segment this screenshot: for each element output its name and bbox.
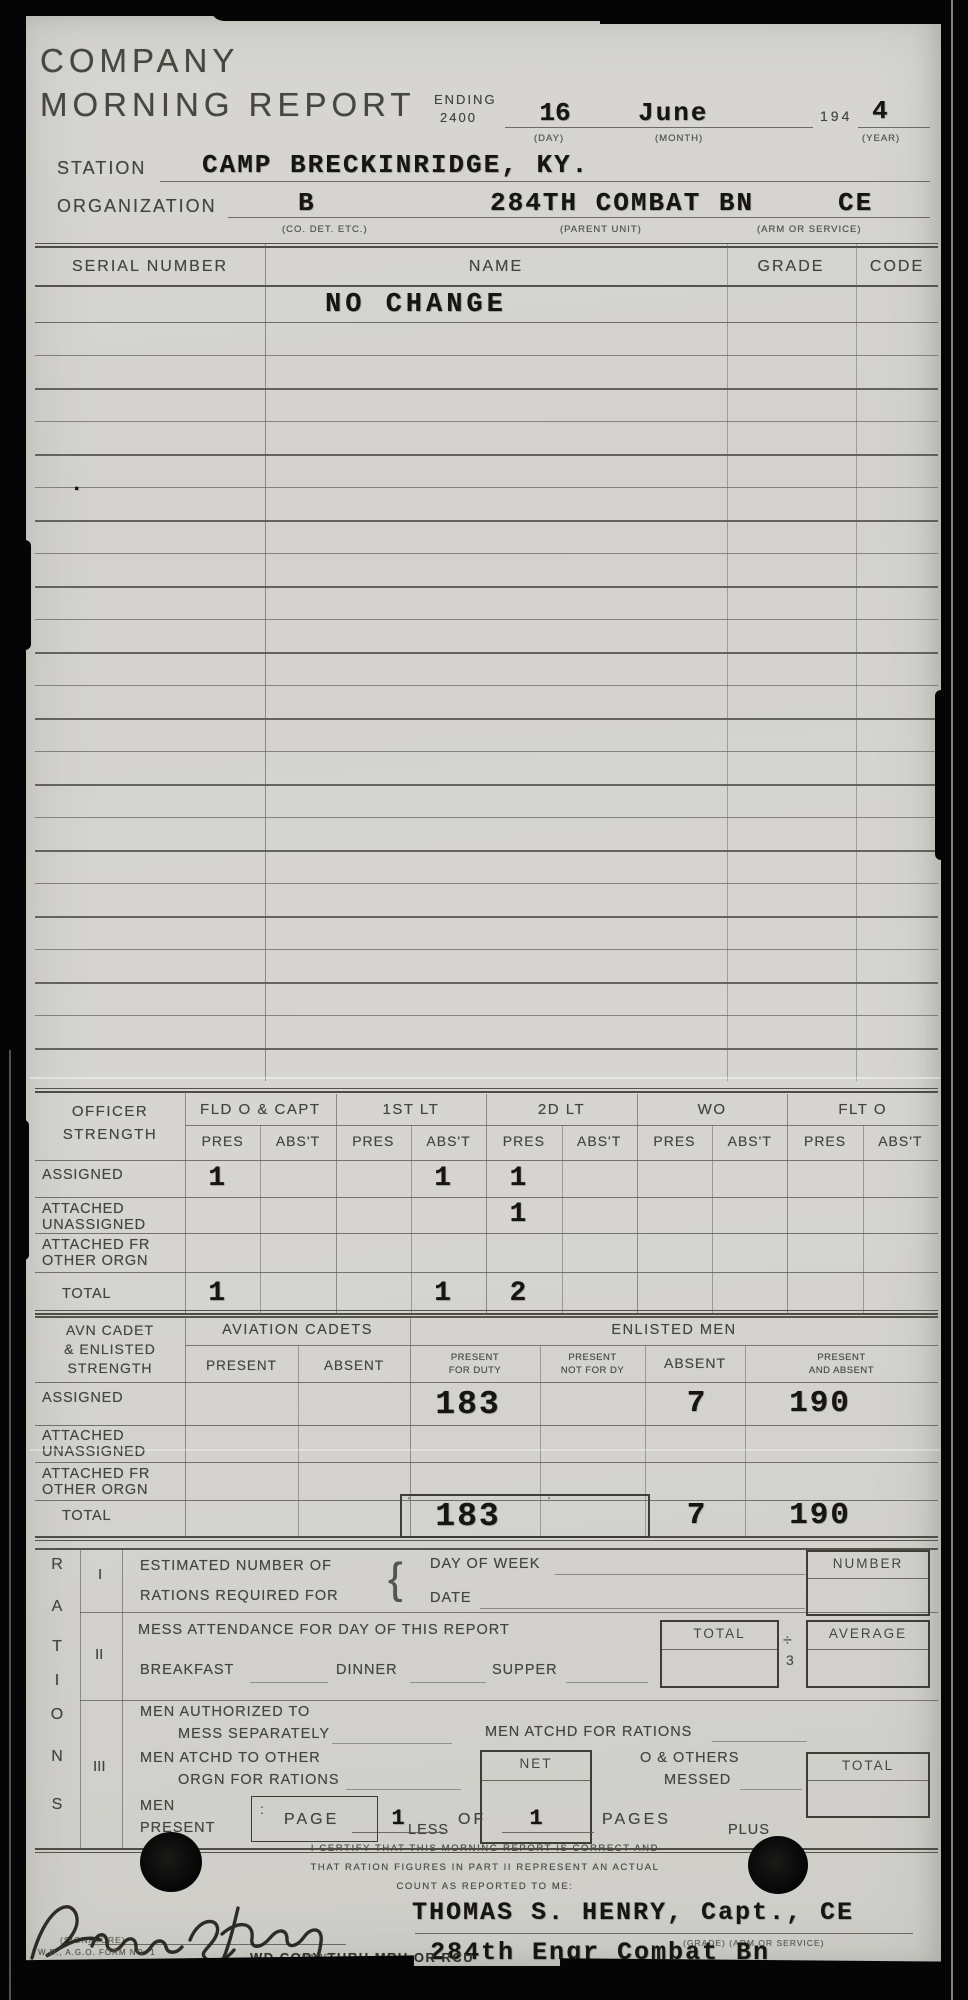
rations-total-box: TOTAL (806, 1752, 930, 1818)
officer-row-label: OTHER ORGN (42, 1253, 148, 1269)
rations-part1-line2: RATIONS REQUIRED FOR (140, 1588, 339, 1604)
officer-subheader: PRES (202, 1133, 244, 1149)
scanned-morning-report: COMPANY MORNING REPORT ENDING 2400 16 (D… (0, 0, 968, 2000)
year-underline (858, 127, 930, 128)
officer-group-header: 2D LT (538, 1101, 585, 1118)
roster-row-rule (35, 553, 938, 554)
stray-period-mark: . (70, 472, 83, 497)
enlisted-row-label: OTHER ORGN (42, 1482, 148, 1498)
less-label: LESS (408, 1822, 449, 1838)
officer-value: 2 (509, 1278, 526, 1309)
breakfast-line (250, 1682, 328, 1683)
of-label: OF (458, 1811, 486, 1829)
roster-row-rule (35, 1015, 938, 1016)
certify-line1: I CERTIFY THAT THIS MORNING REPORT IS CO… (311, 1843, 659, 1854)
officer-title-line1: OFFICER (72, 1103, 148, 1120)
rations-total-box-label: TOTAL (808, 1758, 928, 1773)
atchd-for-label: MEN ATCHD FOR RATIONS (485, 1724, 692, 1740)
rations-brace: { (388, 1554, 403, 1604)
roster-row-rule (35, 520, 938, 522)
rations-top-rule (35, 1548, 938, 1550)
pages-number-value: 1 (529, 1806, 542, 1831)
enlisted-title-line3: STRENGTH (68, 1360, 153, 1376)
enlisted-col-header-small: PRESENT (568, 1352, 616, 1363)
enlisted-row-rule (35, 1382, 938, 1383)
enlisted-row-label: ATTACHED (42, 1428, 124, 1444)
net-box-label: NET (482, 1756, 590, 1771)
enlisted-col-header-small: PRESENT (451, 1352, 499, 1363)
enlisted-row-label: ATTACHED FR (42, 1466, 150, 1482)
officer-group-line (486, 1094, 487, 1313)
col-em-absent: ABSENT (664, 1355, 726, 1371)
divisor: 3 (786, 1652, 794, 1668)
enlisted-bottom-rule (35, 1540, 938, 1541)
average-box-rule (808, 1649, 928, 1650)
rations-side-letter: I (55, 1672, 59, 1690)
typed-officer-name: THOMAS S. HENRY, Capt., CE (412, 1898, 854, 1927)
roster-row-rule (35, 388, 938, 390)
dinner-line (410, 1682, 486, 1683)
officer-group-header: FLT O (838, 1101, 887, 1118)
enlisted-col-header-small: FOR DUTY (449, 1365, 502, 1376)
page-underline (352, 1832, 444, 1833)
film-scratch-h1 (30, 1077, 940, 1079)
officer-group-header: FLD O & CAPT (200, 1101, 321, 1118)
roster-top-rule-heavy (35, 246, 938, 248)
officer-value: 1 (208, 1278, 225, 1309)
enlisted-title-line2: & ENLISTED (64, 1341, 156, 1357)
rations-letters-col-line (80, 1548, 81, 1848)
officer-subheader: PRES (352, 1133, 394, 1149)
average-box-label: AVERAGE (808, 1626, 928, 1641)
o-others-line1: O & OTHERS (640, 1750, 739, 1766)
day-field-value: 16 (539, 98, 570, 128)
roster-row-rule (35, 421, 938, 422)
roster-row-rule (35, 322, 938, 323)
org-arm-caption: (ARM OR SERVICE) (757, 224, 862, 235)
officer-subheader: PRES (804, 1133, 846, 1149)
punch-hole-right (748, 1836, 808, 1894)
roster-row-rule (35, 718, 938, 720)
scan-border-top-blob2 (600, 0, 968, 24)
col-absent: ABSENT (324, 1358, 384, 1373)
film-scratch-vertical-left (9, 1050, 11, 2000)
punch-hole-left (140, 1832, 202, 1892)
officer-sub-line (712, 1125, 713, 1313)
roster-row-rule (35, 784, 938, 786)
enlisted-top-rule (35, 1316, 938, 1318)
rations-numeral-col-line (122, 1548, 123, 1848)
enlisted-col-header-small: NOT FOR DY (561, 1365, 624, 1376)
roster-row-rule (35, 652, 938, 654)
atchd-for-rule (712, 1741, 807, 1742)
roster-row-rule (35, 619, 938, 620)
day-caption: (DAY) (534, 133, 564, 144)
name-underline (415, 1933, 913, 1934)
scan-border-left-blob (24, 540, 31, 650)
officer-row-label: UNASSIGNED (42, 1217, 146, 1233)
men-present-line1: MEN (140, 1798, 175, 1814)
page-number-value: 1 (391, 1806, 404, 1831)
officer-value: 1 (434, 1278, 451, 1309)
scan-border-left (0, 0, 26, 2000)
month-field-value: June (638, 98, 708, 128)
rations-side-letter: N (51, 1748, 63, 1766)
scan-border-right-blob (935, 690, 943, 860)
aviation-cadets-header: AVIATION CADETS (222, 1322, 373, 1338)
officer-value: 1 (434, 1163, 451, 1194)
auth-line2-rule (332, 1743, 452, 1744)
date-label: DATE (430, 1590, 472, 1606)
page-title-line1: COMPANY (40, 42, 239, 80)
roster-row-rule (35, 685, 938, 686)
officer-top-rule (35, 1088, 938, 1089)
officer-top-rule-heavy (35, 1091, 938, 1093)
form-number-line1: W.D., A.G.O. FORM NO. 1 (38, 1948, 156, 1957)
roster-top-rule (35, 243, 938, 244)
officer-value: 1 (509, 1163, 526, 1194)
officer-group-line (787, 1094, 788, 1313)
officer-bottom-rule-heavy (35, 1313, 938, 1315)
roster-row-rule (35, 850, 938, 852)
enlisted-label-col-line (185, 1316, 186, 1536)
ending-value: 2400 (440, 110, 477, 125)
roster-col-serial-name (265, 243, 266, 1081)
month-caption: (MONTH) (655, 133, 703, 144)
roster-row-rule (35, 586, 938, 588)
enlisted-title-line1: AVN CADET (66, 1322, 154, 1338)
number-box: NUMBER (806, 1550, 930, 1616)
enlisted-row-rule (35, 1462, 938, 1463)
o-others-line2: MESSED (664, 1772, 731, 1788)
certify-line3: COUNT AS REPORTED TO ME: (396, 1881, 573, 1892)
roster-row-rule (35, 355, 938, 356)
o-others-rule (740, 1789, 802, 1790)
org-parent-caption: (PARENT UNIT) (560, 224, 642, 235)
roster-col-grade-code (856, 243, 857, 1081)
total-pencil-box (400, 1494, 650, 1538)
enlisted-sub-line (298, 1345, 299, 1536)
officer-title-line2: STRENGTH (63, 1126, 158, 1143)
roster-header-rule (35, 285, 938, 287)
enlisted-col-header-small: AND ABSENT (809, 1365, 874, 1376)
divide-sign: ÷ (783, 1632, 792, 1650)
roster-row-rule (35, 982, 938, 984)
roster-header-code: CODE (870, 258, 924, 276)
enlisted-col-header-small: PRESENT (817, 1352, 865, 1363)
officer-sub-line (260, 1125, 261, 1313)
roster-header-name: NAME (469, 258, 523, 276)
pages-underline (502, 1832, 594, 1833)
scan-border-right (941, 0, 968, 2000)
officer-row-label: TOTAL (62, 1286, 111, 1302)
rations-side-letter: A (52, 1598, 63, 1616)
station-value: CAMP BRECKINRIDGE, KY. (202, 150, 589, 180)
year-prefix: 194 (820, 108, 852, 124)
officer-group-header: 1ST LT (382, 1101, 439, 1118)
rations-part2-numeral: II (95, 1646, 103, 1663)
roster-row-rule (35, 751, 938, 752)
mess-total-box-rule (662, 1649, 777, 1650)
auth-line1: MEN AUTHORIZED TO (140, 1704, 310, 1720)
atchd-other-line1: MEN ATCHD TO OTHER (140, 1750, 321, 1766)
supper-line (566, 1682, 648, 1683)
roster-row-rule (35, 1048, 938, 1050)
day-of-week-label: DAY OF WEEK (430, 1556, 540, 1572)
roster-col-name-grade (727, 243, 728, 1081)
officer-subheader: ABS'T (728, 1133, 772, 1149)
roster-row-rule (35, 916, 938, 918)
station-underline (160, 181, 930, 182)
rations-side-letter: R (51, 1556, 63, 1574)
tick-mark: ' (548, 1496, 550, 1507)
men-present-box-mark: : (260, 1801, 264, 1817)
ending-label: ENDING (434, 92, 497, 107)
date-line (480, 1608, 805, 1609)
scan-border-top-blob (210, 0, 630, 21)
station-label: STATION (57, 158, 146, 179)
officer-row-label: ASSIGNED (42, 1167, 123, 1183)
day-of-week-line (555, 1574, 805, 1575)
enlisted-value: 183 (435, 1386, 500, 1423)
net-box-rule (482, 1780, 590, 1781)
mess-total-box: TOTAL (660, 1620, 779, 1688)
col-present: PRESENT (206, 1358, 277, 1373)
roster-row-rule (35, 883, 938, 884)
number-box-label: NUMBER (808, 1556, 928, 1571)
officer-subheader: PRES (653, 1133, 695, 1149)
enlisted-men-header: ENLISTED MEN (611, 1322, 736, 1338)
enlisted-row-label: UNASSIGNED (42, 1444, 146, 1460)
rations-part1-line1: ESTIMATED NUMBER OF (140, 1558, 332, 1574)
officer-row-label: ATTACHED FR (42, 1237, 150, 1253)
roster-header-serial: SERIAL NUMBER (72, 258, 228, 276)
officer-row-label: ATTACHED (42, 1201, 124, 1217)
atchd-other-rule (346, 1789, 461, 1790)
officer-value: 1 (509, 1199, 526, 1230)
tick-mark: ' (408, 1496, 410, 1507)
enlisted-row-label: ASSIGNED (42, 1390, 123, 1406)
roster-row-rule (35, 487, 938, 488)
officer-subheader: ABS'T (426, 1133, 470, 1149)
roster-row-rule (35, 949, 938, 950)
officer-subheader: ABS'T (276, 1133, 320, 1149)
year-field-value: 4 (872, 96, 888, 126)
film-scratch-vertical (951, 0, 953, 2000)
mess-attendance-heading: MESS ATTENDANCE FOR DAY OF THIS REPORT (138, 1622, 510, 1638)
officer-sub-line (562, 1125, 563, 1313)
plus-label: PLUS (728, 1822, 770, 1838)
scan-border-left-blob2 (24, 1120, 29, 1260)
organization-label: ORGANIZATION (57, 196, 217, 217)
enlisted-value: 7 (687, 1386, 708, 1421)
auth-line2: MESS SEPARATELY (178, 1726, 330, 1742)
rations-part1-numeral: I (98, 1566, 102, 1583)
officer-sub-line (863, 1125, 864, 1313)
roster-entry-no-change: NO CHANGE (325, 290, 507, 320)
enlisted-value: 7 (687, 1498, 708, 1533)
roster-row-rule (35, 817, 938, 818)
org-company-caption: (CO. DET. ETC.) (282, 224, 368, 235)
mess-total-box-label: TOTAL (662, 1626, 777, 1641)
year-caption: (YEAR) (862, 133, 900, 144)
enlisted-row-label: TOTAL (62, 1508, 111, 1524)
officer-sub-line (411, 1125, 412, 1313)
officer-subheader: ABS'T (878, 1133, 922, 1149)
officer-group-header: WO (698, 1101, 727, 1118)
officer-value: 1 (208, 1163, 225, 1194)
page-title-line2: MORNING REPORT (40, 86, 416, 124)
meal-breakfast-label: BREAKFAST (140, 1662, 234, 1678)
enlisted-value: 190 (789, 1386, 851, 1421)
rations-total-box-rule (808, 1780, 928, 1781)
number-box-rule (808, 1578, 928, 1579)
officer-subheader: ABS'T (577, 1133, 621, 1149)
enlisted-row-rule (35, 1425, 938, 1426)
film-scratch-h2 (30, 1449, 940, 1451)
pages-label: PAGES (602, 1811, 671, 1829)
org-company-value: B (298, 188, 314, 218)
meal-supper-label: SUPPER (492, 1662, 558, 1678)
rations-side-letter: T (52, 1638, 62, 1656)
rations-side-letter: O (51, 1706, 63, 1724)
officer-group-line (336, 1094, 337, 1313)
rations-part3-numeral: III (93, 1758, 106, 1775)
enlisted-value: 190 (789, 1498, 851, 1533)
average-box: AVERAGE (806, 1620, 930, 1688)
rations-part-divider (80, 1700, 938, 1701)
meal-dinner-label: DINNER (336, 1662, 398, 1678)
roster-row-rule (35, 454, 938, 456)
org-arm-value: CE (838, 188, 873, 218)
officer-subheader: PRES (503, 1133, 545, 1149)
page-label: PAGE (284, 1811, 339, 1829)
roster-header-grade: GRADE (758, 258, 825, 276)
enlisted-sub-line (745, 1345, 746, 1536)
atchd-other-line2: ORGN FOR RATIONS (178, 1772, 340, 1788)
officer-group-line (637, 1094, 638, 1313)
org-parent-value: 284TH COMBAT BN (490, 188, 754, 218)
rations-side-letter: S (52, 1796, 63, 1814)
officer-label-col-line (185, 1091, 186, 1313)
certify-line2: THAT RATION FIGURES IN PART II REPRESENT… (310, 1862, 659, 1873)
